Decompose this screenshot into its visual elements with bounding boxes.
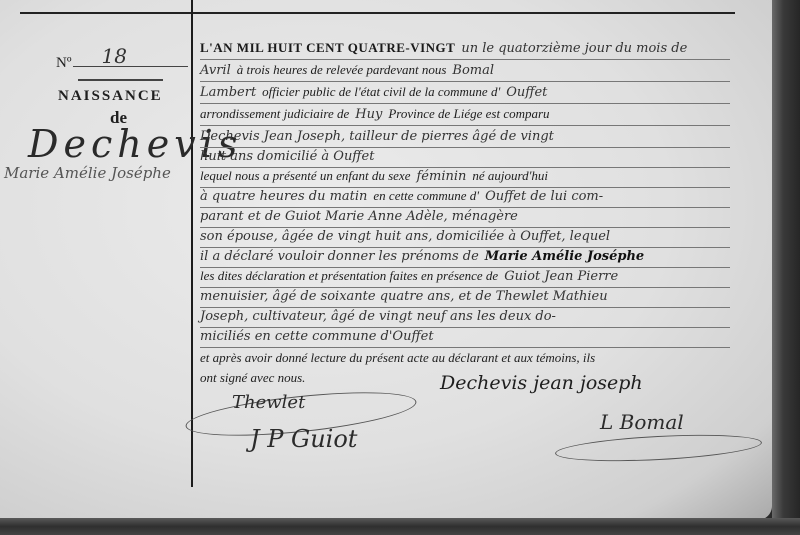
- signature-declarant: Dechevis jean joseph: [440, 372, 643, 394]
- body-line-5: Dechevis Jean Joseph, tailleur de pierre…: [200, 128, 730, 148]
- body-line-7: lequel nous a présenté un enfant du sexe…: [200, 168, 730, 188]
- margin-column-rule: [191, 0, 193, 487]
- record-number-label: Nº: [56, 55, 71, 71]
- body-line-4: arrondissement judiciaire deHuyProvince …: [200, 106, 730, 126]
- signature-officer: L Bomal: [600, 410, 684, 434]
- signature-flourish-2: [555, 431, 763, 466]
- body-line-2: Avrilà trois heures de relevée pardevant…: [200, 62, 730, 82]
- body-line-10: son épouse, âgée de vingt huit ans, domi…: [200, 228, 730, 248]
- record-number: Nº18: [56, 52, 188, 72]
- child-given-names: Marie Amélie Joséphe: [4, 164, 171, 182]
- body-line-13: menuisier, âgé de soixante quatre ans, e…: [200, 288, 730, 308]
- top-rule: [20, 12, 735, 14]
- body-line-3: Lambertofficier public de l'état civil d…: [200, 84, 730, 104]
- body-line-12: les dites déclaration et présentation fa…: [200, 268, 730, 288]
- signature-witness-2: J P Guiot: [250, 425, 357, 453]
- record-number-value: 18: [101, 44, 126, 68]
- body-line-6: huit ans domicilié à Ouffet: [200, 148, 730, 168]
- body-line-14: Joseph, cultivateur, âgé de vingt neuf a…: [200, 308, 730, 328]
- body-line-11: il a déclaré vouloir donner les prénoms …: [200, 248, 730, 268]
- body-line-16: et après avoir donné lecture du présent …: [200, 350, 730, 369]
- book-edge-bottom: [0, 518, 800, 535]
- book-edge-right: [772, 0, 800, 535]
- margin-separator: [78, 79, 163, 81]
- body-line-15: miciliés en cette commune d'Ouffet: [200, 328, 730, 348]
- signature-witness-1: Thewlet: [232, 392, 305, 413]
- body-line-9: parant et de Guiot Marie Anne Adèle, mén…: [200, 208, 730, 228]
- body-line-8: à quatre heures du matinen cette commune…: [200, 188, 730, 208]
- body-line-1: L'AN MIL HUIT CENT QUATRE-VINGTun le qua…: [200, 40, 730, 60]
- record-type-title: NAISSANCE: [58, 88, 163, 105]
- register-page: Nº18 NAISSANCE de Dechevis Marie Amélie …: [0, 0, 772, 520]
